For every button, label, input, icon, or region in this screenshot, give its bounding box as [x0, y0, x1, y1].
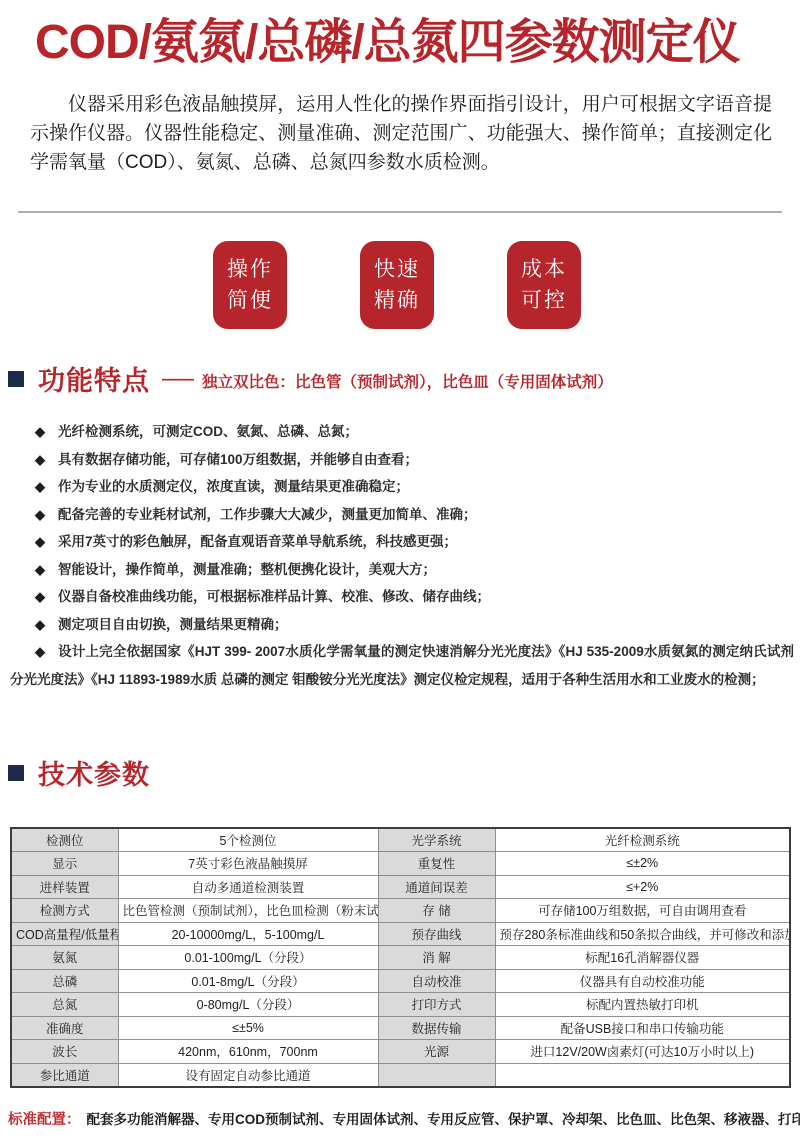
spec-key: 显示 [11, 852, 118, 876]
table-row: 显示7英寸彩色液晶触摸屏重复性≤±2% [11, 852, 790, 876]
diamond-bullet-icon: ◆ [35, 507, 45, 522]
feature-text: 仪器自备校准曲线功能，可根据标准样品计算、校准、修改、储存曲线； [58, 589, 490, 604]
spec-value: 仪器具有自动校准功能 [495, 969, 790, 993]
spec-value: 光纤检测系统 [495, 828, 790, 852]
feature-item: ◆配备完善的专业耗材试剂，工作步骤大大减少，测量更加简单、准确； [10, 501, 794, 529]
spec-value: 0-80mg/L（分段） [118, 993, 378, 1017]
diamond-bullet-icon: ◆ [35, 452, 45, 467]
standard-config-text: 配套多功能消解器、专用COD预制试剂、专用固体试剂、专用反应管、保护罩、冷却架、… [87, 1112, 800, 1127]
diamond-bullet-icon: ◆ [35, 534, 45, 549]
section-divider [18, 211, 782, 213]
diamond-bullet-icon: ◆ [35, 424, 45, 439]
feature-text: 具有数据存储功能，可存储100万组数据，并能够自由查看； [58, 452, 418, 467]
feature-item: ◆具有数据存储功能，可存储100万组数据，并能够自由查看； [10, 446, 794, 474]
spec-value: 标配内置热敏打印机 [495, 993, 790, 1017]
standard-config-label: 标准配置： [8, 1112, 81, 1128]
badge-label: 操作 简便 [227, 254, 273, 316]
feature-text: 采用7英寸的彩色触屏，配备直观语音菜单导航系统，科技感更强； [58, 534, 457, 549]
spec-key: 检测方式 [11, 899, 118, 923]
spec-key: 参比通道 [11, 1063, 118, 1087]
spec-value: ≤±5% [118, 1016, 378, 1040]
specs-heading: 技术参数 [38, 753, 150, 792]
feature-text: 智能设计，操作简单，测量准确；整机便携化设计，美观大方； [58, 562, 436, 577]
spec-key: 进样装置 [11, 875, 118, 899]
spec-value: 5个检测位 [118, 828, 378, 852]
spec-key: 准确度 [11, 1016, 118, 1040]
spec-value: 7英寸彩色液晶触摸屏 [118, 852, 378, 876]
diamond-bullet-icon: ◆ [35, 562, 45, 577]
spec-key: 总氮 [11, 993, 118, 1017]
features-section-header: 功能特点 —— 独立双比色：比色管（预制试剂），比色皿（专用固体试剂） [8, 359, 800, 398]
feature-text: 配备完善的专业耗材试剂，工作步骤大大减少，测量更加简单、准确； [58, 507, 477, 522]
diamond-bullet-icon: ◆ [35, 479, 45, 494]
feature-text: 光纤检测系统，可测定COD、氨氮、总磷、总氮； [58, 424, 358, 439]
badge-label: 成本 可控 [521, 254, 567, 316]
spec-key: 消 解 [378, 946, 495, 970]
spec-value: ≤+2% [495, 875, 790, 899]
table-row: 总氮0-80mg/L（分段）打印方式标配内置热敏打印机 [11, 993, 790, 1017]
feature-text: 测定项目自由切换，测量结果更精确； [58, 617, 288, 632]
feature-item: ◆光纤检测系统，可测定COD、氨氮、总磷、总氮； [10, 418, 794, 446]
spec-value: 420nm，610nm，700nm [118, 1040, 378, 1064]
spec-key [378, 1063, 495, 1087]
spec-value [495, 1063, 790, 1087]
table-row: 准确度≤±5%数据传输配备USB接口和串口传输功能 [11, 1016, 790, 1040]
spec-key: 重复性 [378, 852, 495, 876]
table-row: 氨氮0.01-100mg/L（分段）消 解标配16孔消解器仪器 [11, 946, 790, 970]
spec-value: 比色管检测（预制试剂），比色皿检测（粉末试剂） [118, 899, 378, 923]
heading-dash: —— [162, 369, 192, 389]
spec-key: 总磷 [11, 969, 118, 993]
spec-value: 0.01-100mg/L（分段） [118, 946, 378, 970]
spec-table: 检测位5个检测位光学系统光纤检测系统 显示7英寸彩色液晶触摸屏重复性≤±2% 进… [10, 827, 791, 1088]
specs-section-header: 技术参数 [8, 753, 800, 792]
diamond-bullet-icon: ◆ [35, 617, 45, 632]
spec-key: 打印方式 [378, 993, 495, 1017]
feature-item: ◆测定项目自由切换，测量结果更精确； [10, 611, 794, 639]
table-row: 波长420nm，610nm，700nm光源进口12V/20W卤素灯(可达10万小… [11, 1040, 790, 1064]
table-row: COD高量程/低量程20-10000mg/L，5-100mg/L预存曲线预存28… [11, 922, 790, 946]
features-subtitle: 独立双比色：比色管（预制试剂），比色皿（专用固体试剂） [202, 370, 613, 392]
spec-value: 标配16孔消解器仪器 [495, 946, 790, 970]
spec-key: 检测位 [11, 828, 118, 852]
spec-key: 氨氮 [11, 946, 118, 970]
spec-key: 数据传输 [378, 1016, 495, 1040]
feature-list: ◆光纤检测系统，可测定COD、氨氮、总磷、总氮； ◆具有数据存储功能，可存储10… [10, 418, 794, 693]
spec-value: 设有固定自动参比通道 [118, 1063, 378, 1087]
navy-square-icon [8, 765, 24, 781]
spec-key: 光源 [378, 1040, 495, 1064]
diamond-bullet-icon: ◆ [35, 644, 45, 659]
table-row: 检测方式比色管检测（预制试剂），比色皿检测（粉末试剂）存 储可存储100万组数据… [11, 899, 790, 923]
badge-easy-operation: 操作 简便 [213, 241, 287, 329]
badge-cost-control: 成本 可控 [507, 241, 581, 329]
feature-item: ◆作为专业的水质测定仪，浓度直读，测量结果更准确稳定； [10, 473, 794, 501]
spec-value: 20-10000mg/L，5-100mg/L [118, 922, 378, 946]
navy-square-icon [8, 371, 24, 387]
spec-value: ≤±2% [495, 852, 790, 876]
spec-key: 通道间误差 [378, 875, 495, 899]
feature-text: 设计上完全依据国家《HJT 399- 2007水质化学需氧量的测定快速消解分光光… [10, 644, 794, 687]
feature-item: ◆仪器自备校准曲线功能，可根据标准样品计算、校准、修改、储存曲线； [10, 583, 794, 611]
feature-item: ◆设计上完全依据国家《HJT 399- 2007水质化学需氧量的测定快速消解分光… [10, 638, 794, 693]
spec-key: 自动校准 [378, 969, 495, 993]
table-row: 检测位5个检测位光学系统光纤检测系统 [11, 828, 790, 852]
standard-config-line: 标准配置：配套多功能消解器、专用COD预制试剂、专用固体试剂、专用反应管、保护罩… [8, 1108, 790, 1129]
spec-value: 预存280条标准曲线和50条拟合曲线，并可修改和添加曲线 [495, 922, 790, 946]
feature-text: 作为专业的水质测定仪，浓度直读，测量结果更准确稳定； [58, 479, 409, 494]
features-heading: 功能特点 [38, 359, 150, 398]
spec-key: 波长 [11, 1040, 118, 1064]
spec-value: 可存储100万组数据，可自由调用查看 [495, 899, 790, 923]
spec-key: 光学系统 [378, 828, 495, 852]
spec-value: 进口12V/20W卤素灯(可达10万小时以上) [495, 1040, 790, 1064]
table-row: 进样装置自动多通道检测装置通道间误差≤+2% [11, 875, 790, 899]
feature-item: ◆智能设计，操作简单，测量准确；整机便携化设计，美观大方； [10, 556, 794, 584]
spec-value: 配备USB接口和串口传输功能 [495, 1016, 790, 1040]
spec-value: 自动多通道检测装置 [118, 875, 378, 899]
highlight-badges: 操作 简便 快速 精确 成本 可控 [213, 241, 800, 329]
intro-paragraph: 仪器采用彩色液晶触摸屏，运用人性化的操作界面指引设计，用户可根据文字语音提示操作… [30, 90, 772, 177]
badge-label: 快速 精确 [374, 254, 420, 316]
spec-key: COD高量程/低量程 [11, 922, 118, 946]
diamond-bullet-icon: ◆ [35, 589, 45, 604]
page-title: COD/氨氮/总磷/总氮四参数测定仪 [35, 16, 780, 70]
spec-value: 0.01-8mg/L（分段） [118, 969, 378, 993]
feature-item: ◆采用7英寸的彩色触屏，配备直观语音菜单导航系统，科技感更强； [10, 528, 794, 556]
spec-key: 预存曲线 [378, 922, 495, 946]
badge-fast-accurate: 快速 精确 [360, 241, 434, 329]
spec-key: 存 储 [378, 899, 495, 923]
table-row: 参比通道设有固定自动参比通道 [11, 1063, 790, 1087]
table-row: 总磷0.01-8mg/L（分段）自动校准仪器具有自动校准功能 [11, 969, 790, 993]
